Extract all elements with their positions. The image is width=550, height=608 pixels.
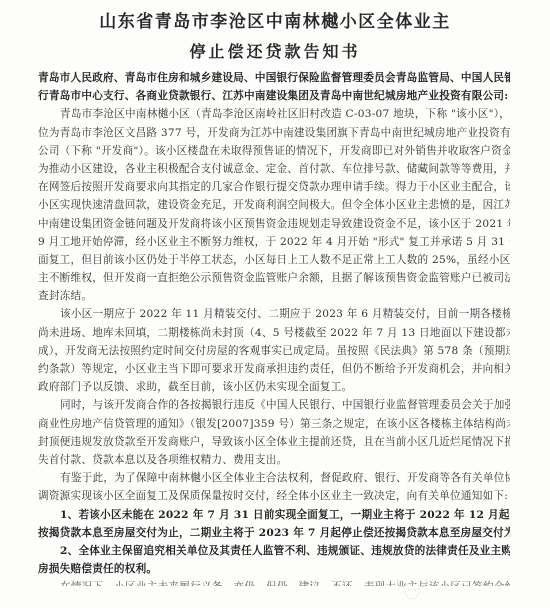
text-line: 9 月工地开始停滞，经小区业主不断努力维权，于 2022 年 4 月开始 "形式… <box>38 233 510 251</box>
cut-off-paragraph: 在情况下，小区业主未来履行义务，亦仍、但仍、建议、不还、表现大业主与该小区已签约… <box>38 578 510 586</box>
text-line: 同时，与该开发商合作的各按揭银行违反《中国人民银行、中国银行业监督管理委员会关于… <box>38 396 510 414</box>
text-line: 商业性房地产信贷管理的通知》（银发[2007]359 号）第三条之规定，在该小区… <box>38 415 510 433</box>
text-line: 主不断维权，但开发商一直拒绝公示预售资金监管账户余额，且据了解该预售资金监管账户… <box>38 269 510 287</box>
body-paragraph: 该小区一期应于 2022 年 11 月精装交付、二期应于 2023 年 6 月精… <box>38 305 510 396</box>
notice-item-1: 1、若该小区未能在 2022 年 7 月 31 日前实现全面复工，一期业主将于 … <box>38 506 510 542</box>
text-line: 1、若该小区未能在 2022 年 7 月 31 日前实现全面复工，一期业主将于 … <box>38 506 510 524</box>
text-line: 在网签后按照开发商要求向其指定的几家合作银行提交贷款办理申请手续。得力于小区业主… <box>38 178 510 196</box>
document-page: 山东省青岛市李沧区中南林樾小区全体业主 停止偿还贷款告知书 青岛市人民政府、青岛… <box>0 0 550 608</box>
text-line: 在情况下，小区业主未来履行义务，亦仍、但仍、建议、不还、表现大业主与该小区已签约… <box>38 578 510 586</box>
text-line: 面复工，但目前该小区仍处于半停工状态，小区每日上工人数不足正常上工人数的 25%… <box>38 251 510 269</box>
body-paragraph: 青岛市李沧区中南林樾小区（青岛李沧区南岭社区旧村改造 C-03-07 地块，下称… <box>38 105 510 305</box>
notice-item-2: 2、全体业主保留追究相关单位及其责任人监管不利、违规颁证、违规放贷的法律责任及业… <box>38 542 510 578</box>
body-paragraph: 有鉴于此，为了保障中南林樾小区全体业主合法权利，督促政府、银行、开发商等各有关单… <box>38 469 510 505</box>
text-line: 按揭贷款本息至房屋交付为止，二期业主将于 2023 年 7 月起停止偿还按揭贷款… <box>38 524 510 542</box>
document-title-line-1: 山东省青岛市李沧区中南林樾小区全体业主 <box>0 10 550 34</box>
text-line: 公司（下称 "开发商"）。该小区楼盘在未取得预售证的情况下，开发商即已对外销售并… <box>38 142 510 160</box>
document-title-line-2: 停止偿还贷款告知书 <box>0 41 550 63</box>
text-line: 位为青岛市李沧区文昌路 377 号，开发商为江苏中南建设集团旗下青岛中南世纪城房… <box>38 124 510 142</box>
text-line: 成），开发商无法按照约定时间交付房屋的客观事实已成定局。虽按照《民法典》第 57… <box>38 342 510 360</box>
text-line: 青岛市李沧区中南林樾小区（青岛李沧区南岭社区旧村改造 C-03-07 地块，下称… <box>38 105 510 123</box>
text-line: 行青岛市中心支行、各商业贷款银行、江苏中南建设集团及青岛中南世纪城房地产业投资有… <box>38 87 510 105</box>
text-line: 政府部门予以反馈、求助，截至目前，该小区仍未实现全面复工。 <box>38 378 510 396</box>
text-line: 2、全体业主保留追究相关单位及其责任人监管不利、违规颁证、违规放贷的法律责任及业… <box>38 542 510 560</box>
text-line: 房损失赔偿责任的权利。 <box>38 560 510 578</box>
body-paragraph: 同时，与该开发商合作的各按揭银行违反《中国人民银行、中国银行业监督管理委员会关于… <box>38 396 510 469</box>
bull-head-watermark-icon <box>395 575 429 605</box>
addressee-paragraph: 青岛市人民政府、青岛市住房和城乡建设局、中国银行保险监督管理委员会青岛监管局、中… <box>38 69 510 105</box>
text-line: 青岛市人民政府、青岛市住房和城乡建设局、中国银行保险监督管理委员会青岛监管局、中… <box>38 69 510 87</box>
text-line: 小区实现快速清盘回款，建设资金充足，开发商利润空间极大。但令全体小区业主悲愤的是… <box>38 196 510 214</box>
text-line: 约条款）等规定，小区业主当下即可要求开发商承担违约责任，但仍不断给予开发商机会，… <box>38 360 510 378</box>
text-line: 中南建设集团资金链问题及开发商将该小区预售资金违规划走导致建设资金不足，该小区于… <box>38 215 510 233</box>
text-line: 失首付款、贷款本息以及各项维权精力、费用支出。 <box>38 451 510 469</box>
text-line: 调资源实现该小区全面复工及保质保量按时交付，经全体小区业主一致决定，向有关单位通… <box>38 487 510 505</box>
text-line: 该小区一期应于 2022 年 11 月精装交付、二期应于 2023 年 6 月精… <box>38 305 510 323</box>
text-line: 查封冻结。 <box>38 287 510 305</box>
text-line: 封顶便违规发放贷款至开发商账户，导致该小区全体业主提前还贷，且在当前小区几近烂尾… <box>38 433 510 451</box>
document-body: 青岛市人民政府、青岛市住房和城乡建设局、中国银行保险监督管理委员会青岛监管局、中… <box>38 69 510 586</box>
text-line: 有鉴于此，为了保障中南林樾小区全体业主合法权利，督促政府、银行、开发商等各有关单… <box>38 469 510 487</box>
text-line: 为推动小区建设，各业主积极配合支付诚意金、定金、首付款、车位排号款、储藏间款等等… <box>38 160 510 178</box>
text-line: 尚未进场、地库未回填，二期楼栋尚未封顶（4、5 号楼截至 2022 年 7 月 … <box>38 324 510 342</box>
